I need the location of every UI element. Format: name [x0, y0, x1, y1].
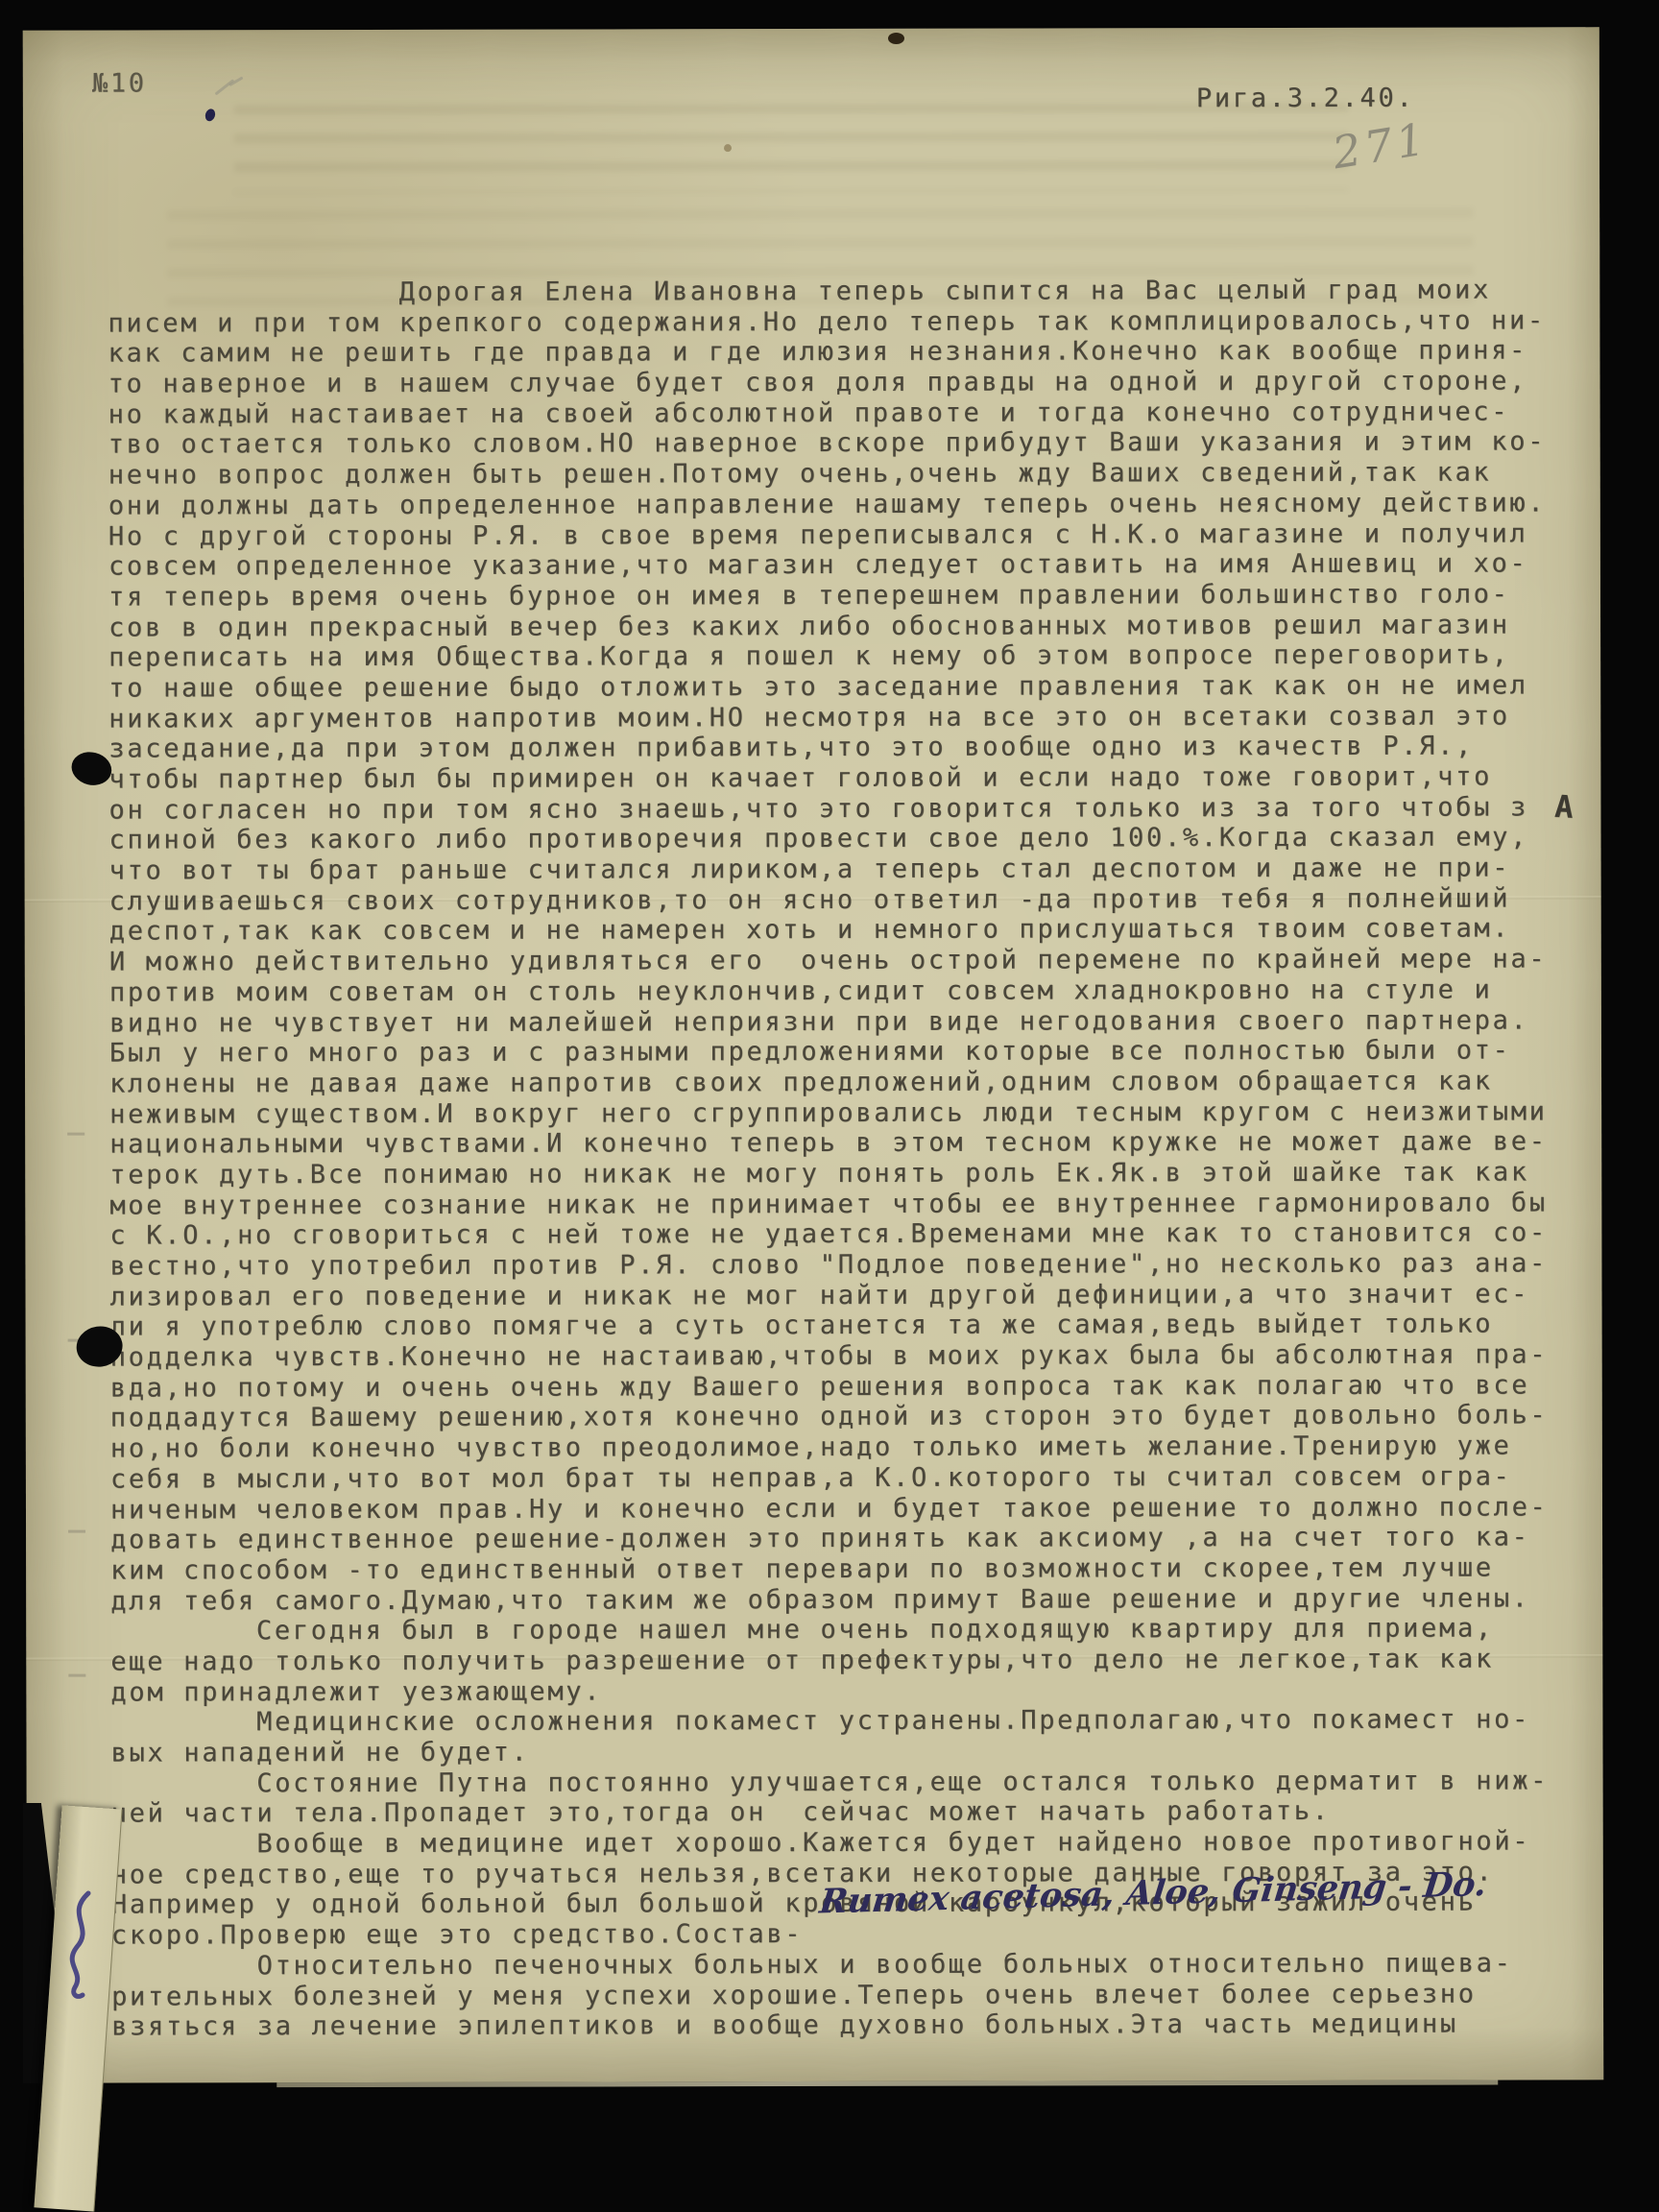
letter-line: писем и при том крепкого содержания.Но д… [108, 305, 1546, 339]
letter-line: но каждый настаивает на своей абсолютной… [108, 397, 1547, 430]
letter-line: чтобы партнер был бы примирен он качает … [108, 761, 1547, 795]
letter-line: мое внутреннее сознание никак не принима… [109, 1188, 1548, 1221]
letter-line: дом принадлежит уезжающему. [110, 1674, 1549, 1708]
letter-page: №10 Рига.3.2.40. 271 Дорогая Елена Ивано… [23, 27, 1603, 2082]
letter-line: нечно вопрос должен быть решен.Потому оч… [108, 458, 1547, 492]
margin-dash [68, 1530, 85, 1533]
letter-line: себя в мысли,что вот мол брат ты неправ,… [110, 1461, 1549, 1495]
letter-line: что вот ты брат раньше считался лириком,… [109, 853, 1548, 886]
letter-line: заседание,да при этом должен прибавить,ч… [108, 732, 1547, 765]
handwritten-squiggle-icon [56, 1887, 102, 2003]
letter-line: Относительно печеночных больных и вообще… [111, 1948, 1550, 1982]
letter-line: рительных болезней у меня успехи хорошие… [111, 1979, 1550, 2012]
letter-line: терок дуть.Все понимаю но никак не могу … [109, 1157, 1548, 1190]
letter-body: Дорогая Елена Ивановна теперь сыпится на… [108, 275, 1549, 2042]
letter-line: Сегодня был в городе нашел мне очень под… [110, 1614, 1549, 1647]
letter-line: он согласен но при том ясно знаешь,что э… [108, 792, 1547, 826]
letter-line: вестно,что употребил против Р.Я. слово "… [109, 1248, 1548, 1282]
document-number: №10 [92, 68, 147, 98]
paper-stain [888, 33, 904, 44]
letter-line: они должны дать определенное направление… [108, 488, 1547, 521]
letter-line: слушиваешься своих сотрудников,то он ясн… [109, 883, 1548, 917]
letter-line: ким способом -то единственный ответ пере… [110, 1552, 1549, 1586]
paper-stain [724, 144, 732, 152]
letter-line: лизировал его поведение и никак не мог н… [109, 1279, 1548, 1312]
letter-line: ниченым человеком прав.Ну и конечно если… [110, 1492, 1549, 1526]
letter-line: клонены не давая даже напротив своих пре… [109, 1066, 1548, 1099]
letter-line: неживым существом.И вокруг него сгруппир… [109, 1096, 1548, 1130]
letter-line: то наверное и в нашем случае будет своя … [108, 366, 1547, 399]
letter-line: ли я употреблю слово помягче а суть оста… [110, 1310, 1549, 1343]
letter-line: деспот,так как совсем и не намерен хоть … [109, 914, 1548, 948]
letter-line: еще надо только получить разрешение от п… [110, 1644, 1549, 1677]
letter-line: тво остается только словом.НО наверное в… [108, 427, 1547, 461]
ink-blot [204, 108, 217, 122]
letter-line: спиной без какого либо противоречия пров… [108, 823, 1547, 856]
margin-dash [68, 1674, 85, 1677]
letter-line: против моим советам он столь неуклончив,… [109, 974, 1548, 1008]
letter-line: для тебя самого.Думаю,что таким же образ… [110, 1583, 1549, 1617]
letter-line: подделка чувств.Конечно не настаиваю,что… [110, 1339, 1549, 1373]
letter-line: довать единственное решение-должен это п… [110, 1523, 1549, 1556]
letter-line: совсем определенное указание,что магазин… [108, 549, 1547, 583]
letter-line: скоро.Проверю еще это средство.Состав- [111, 1918, 1550, 1952]
letter-line: Но с другой стороны Р.Я. в свое время пе… [108, 518, 1547, 552]
place-date: Рига.3.2.40. [1196, 84, 1415, 113]
scan-background: №10 Рига.3.2.40. 271 Дорогая Елена Ивано… [0, 0, 1659, 2212]
letter-line: национальными чувствами.И конечно теперь… [109, 1127, 1548, 1161]
margin-letter-annotation: А [1554, 788, 1577, 826]
letter-line: видно не чувствует ни малейшей неприязни… [109, 1005, 1548, 1039]
letter-line: Дорогая Елена Ивановна теперь сыпится на… [108, 275, 1546, 308]
letter-line: вда,но потому и очень очень жду Вашего р… [110, 1370, 1549, 1404]
letter-line: но,но боли конечно чувство преодолимое,н… [110, 1431, 1549, 1465]
letter-line: сов в один прекрасный вечер без каких ли… [108, 610, 1547, 643]
letter-line: с К.О.,но сговориться с ней тоже не удае… [109, 1218, 1548, 1252]
letter-line: ней части тела.Пропадет это,тогда он сей… [111, 1796, 1550, 1830]
letter-line: поддадутся Вашему решению,хотя конечно о… [110, 1401, 1549, 1434]
letter-line: Медицинские осложнения покамест устранен… [110, 1705, 1549, 1739]
letter-line: Состояние Путна постоянно улучшается,еще… [111, 1766, 1550, 1799]
letter-line: как самим не решить где правда и где илю… [108, 336, 1546, 370]
letter-line: И можно действительно удивляться его оче… [109, 945, 1548, 978]
letter-line: никаких аргументов напротив моим.НО несм… [108, 701, 1547, 734]
ink-ghosting [234, 103, 1348, 193]
letter-line: то наше общее решение быдо отложить это … [108, 670, 1547, 704]
margin-dash [67, 1133, 84, 1136]
letter-line: вых нападений не будет. [110, 1735, 1549, 1768]
letter-line: взяться за лечение эпилептиков и вообще … [111, 2009, 1550, 2043]
letter-line: Был у него много раз и с разными предлож… [109, 1036, 1548, 1070]
letter-line: Вообще в медицине идет хорошо.Кажется бу… [111, 1826, 1550, 1860]
letter-line: тя теперь время очень бурное он имея в т… [108, 579, 1547, 613]
pencil-mark [228, 76, 243, 86]
letter-line: переписать на имя Общества.Когда я пошел… [108, 640, 1547, 674]
